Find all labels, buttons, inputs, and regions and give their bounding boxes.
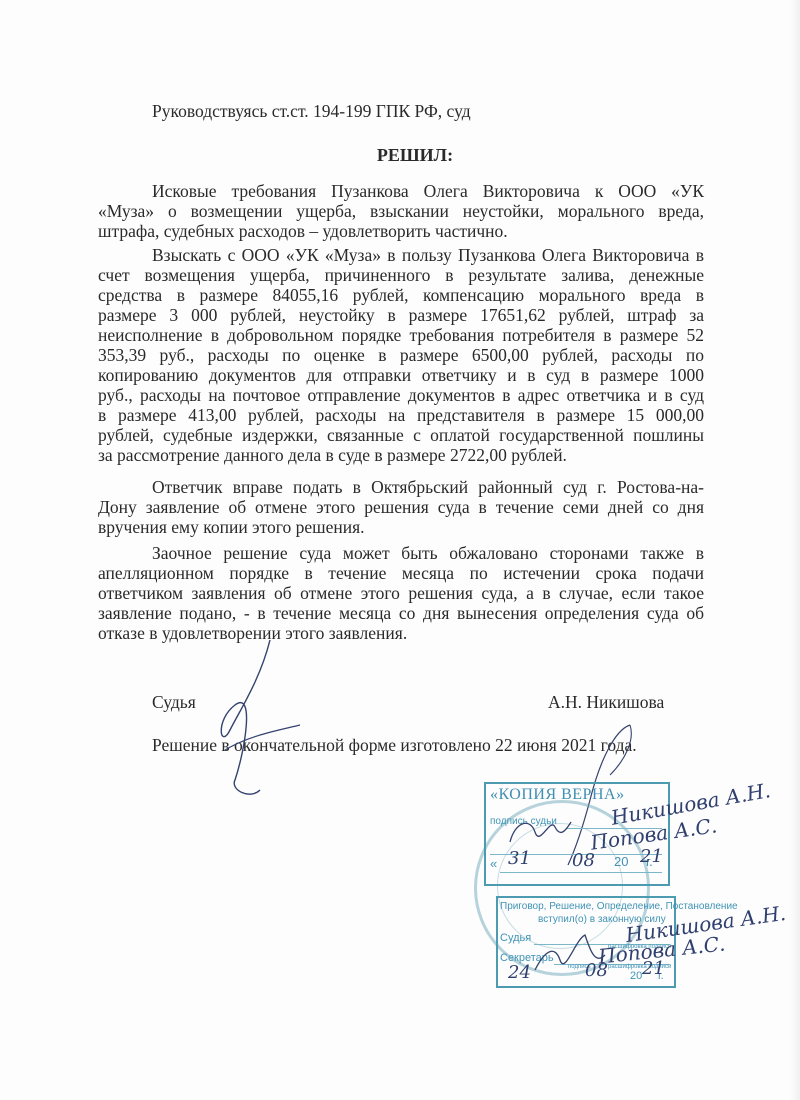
- judge-label: Судья: [152, 692, 196, 713]
- text-line: Дону заявление об отмене этого решения с…: [98, 498, 704, 518]
- intro-line: Руководствуясь ст.ст. 194-199 ГПК РФ, су…: [152, 101, 471, 122]
- judge-signature-icon: [200, 640, 320, 800]
- text-line: 353,39 руб., расходы по оценке в размере…: [98, 346, 704, 366]
- secretary-signature-icon-2: [530, 930, 610, 980]
- stamp-heading: «КОПИЯ ВЕРНА»: [490, 786, 625, 804]
- handwritten-month: 08: [572, 850, 595, 871]
- text-line: рублей, судебные издержки, связанные с о…: [98, 426, 704, 446]
- text-line: Ответчик вправе подать в Октябрьский рай…: [152, 478, 704, 498]
- text-line: копированию документов для отправки отве…: [98, 366, 704, 386]
- document-page: Руководствуясь ст.ст. 194-199 ГПК РФ, су…: [0, 0, 800, 1100]
- stamp-date-open: «: [490, 856, 497, 871]
- text-line: счет возмещения ущерба, причиненного в р…: [98, 266, 704, 286]
- decision-title: РЕШИЛ:: [0, 145, 800, 166]
- text-line: штрафа, судебных расходов – удовлетворит…: [98, 222, 704, 242]
- text-line: заявление подано, - в течение месяца со …: [98, 604, 704, 624]
- text-line: вручения ему копии этого решения.: [98, 518, 704, 538]
- handwritten-year: 21: [640, 846, 663, 867]
- stamp-effective-text-1: Приговор, Решение, Определение, Постанов…: [500, 901, 738, 912]
- secretary-signature-icon: [505, 812, 575, 852]
- text-line: средства в размере 84055,16 рублей, комп…: [98, 286, 704, 306]
- handwritten-year-2: 21: [642, 958, 665, 979]
- stamp-year-prefix: 20: [614, 854, 628, 869]
- handwritten-day-2: 24: [508, 962, 531, 983]
- text-line: апелляционном порядке в течение месяца п…: [98, 564, 704, 584]
- text-line: Заочное решение суда может быть обжалова…: [152, 544, 704, 564]
- text-line: за рассмотрение данного дела в суде в ра…: [98, 446, 704, 466]
- text-line: отказе в удовлетворении этого заявления.: [98, 624, 704, 644]
- stamp-date-line: [500, 872, 662, 873]
- text-line: неисполнение в добровольном порядке треб…: [98, 326, 704, 346]
- text-line: ответчиком заявления об отмене этого реш…: [98, 584, 704, 604]
- text-line: руб., расходы на почтовое отправление до…: [98, 386, 704, 406]
- text-line: размере 3 000 рублей, неустойку в размер…: [98, 306, 704, 326]
- judge-name: А.Н. Никишова: [548, 692, 664, 713]
- text-line: Взыскать с ООО «УК «Муза» в пользу Пузан…: [152, 246, 704, 266]
- stamp-year-prefix: 20: [630, 970, 642, 982]
- text-line: «Муза» о возмещении ущерба, взыскании не…: [98, 202, 704, 222]
- text-line: Исковые требования Пузанкова Олега Викто…: [152, 182, 704, 202]
- text-line: в размере 413,00 рублей, расходы на пред…: [98, 406, 704, 426]
- stamp-judge-label: Судья: [500, 932, 531, 944]
